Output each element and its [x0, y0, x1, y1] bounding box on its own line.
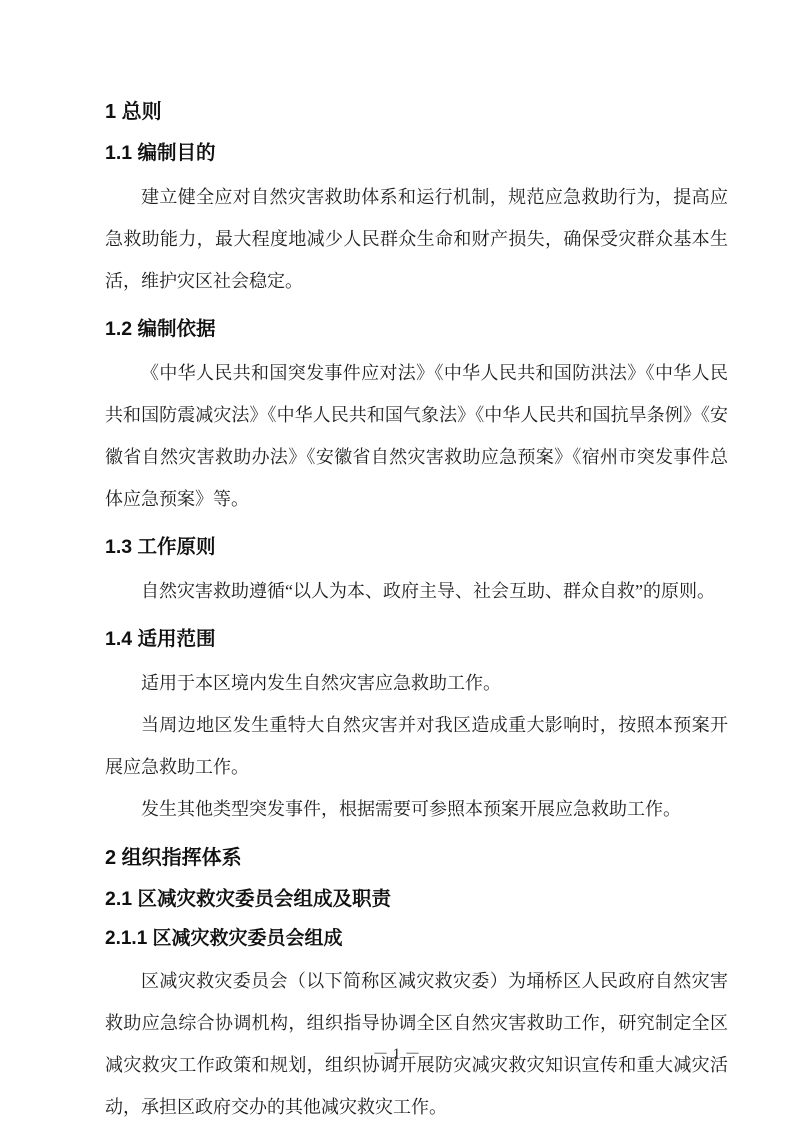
- heading-1-4-scope: 1.4 适用范围: [105, 625, 728, 653]
- heading-1-1-purpose: 1.1 编制目的: [105, 139, 728, 167]
- heading-2-1-1-committee-composition: 2.1.1 区减灾救灾委员会组成: [105, 925, 728, 952]
- heading-1-general-provisions: 1 总则: [105, 98, 728, 126]
- heading-1-3-working-principles: 1.3 工作原则: [105, 533, 728, 561]
- paragraph-working-principles: 自然灾害救助遵循“以人为本、政府主导、社会互助、群众自救”的原则。: [105, 570, 728, 612]
- document-page: 1 总则 1.1 编制目的 建立健全应对自然灾害救助体系和运行机制，规范应急救助…: [0, 0, 793, 1122]
- heading-2-command-system: 2 组织指挥体系: [105, 844, 728, 872]
- page-number: － 1 －: [0, 1041, 793, 1064]
- paragraph-basis: 《中华人民共和国突发事件应对法》《中华人民共和国防洪法》《中华人民共和国防震减灾…: [105, 352, 728, 520]
- paragraph-scope-2: 当周边地区发生重特大自然灾害并对我区造成重大影响时，按照本预案开展应急救助工作。: [105, 704, 728, 788]
- paragraph-purpose: 建立健全应对自然灾害救助体系和运行机制，规范应急救助行为，提高应急救助能力，最大…: [105, 176, 728, 302]
- paragraph-scope-3: 发生其他类型突发事件，根据需要可参照本预案开展应急救助工作。: [105, 788, 728, 830]
- heading-2-1-committee-composition-duties: 2.1 区减灾救灾委员会组成及职责: [105, 885, 728, 913]
- heading-1-2-basis: 1.2 编制依据: [105, 315, 728, 343]
- paragraph-scope-1: 适用于本区境内发生自然灾害应急救助工作。: [105, 662, 728, 704]
- document-content: 1 总则 1.1 编制目的 建立健全应对自然灾害救助体系和运行机制，规范应急救助…: [105, 98, 728, 1122]
